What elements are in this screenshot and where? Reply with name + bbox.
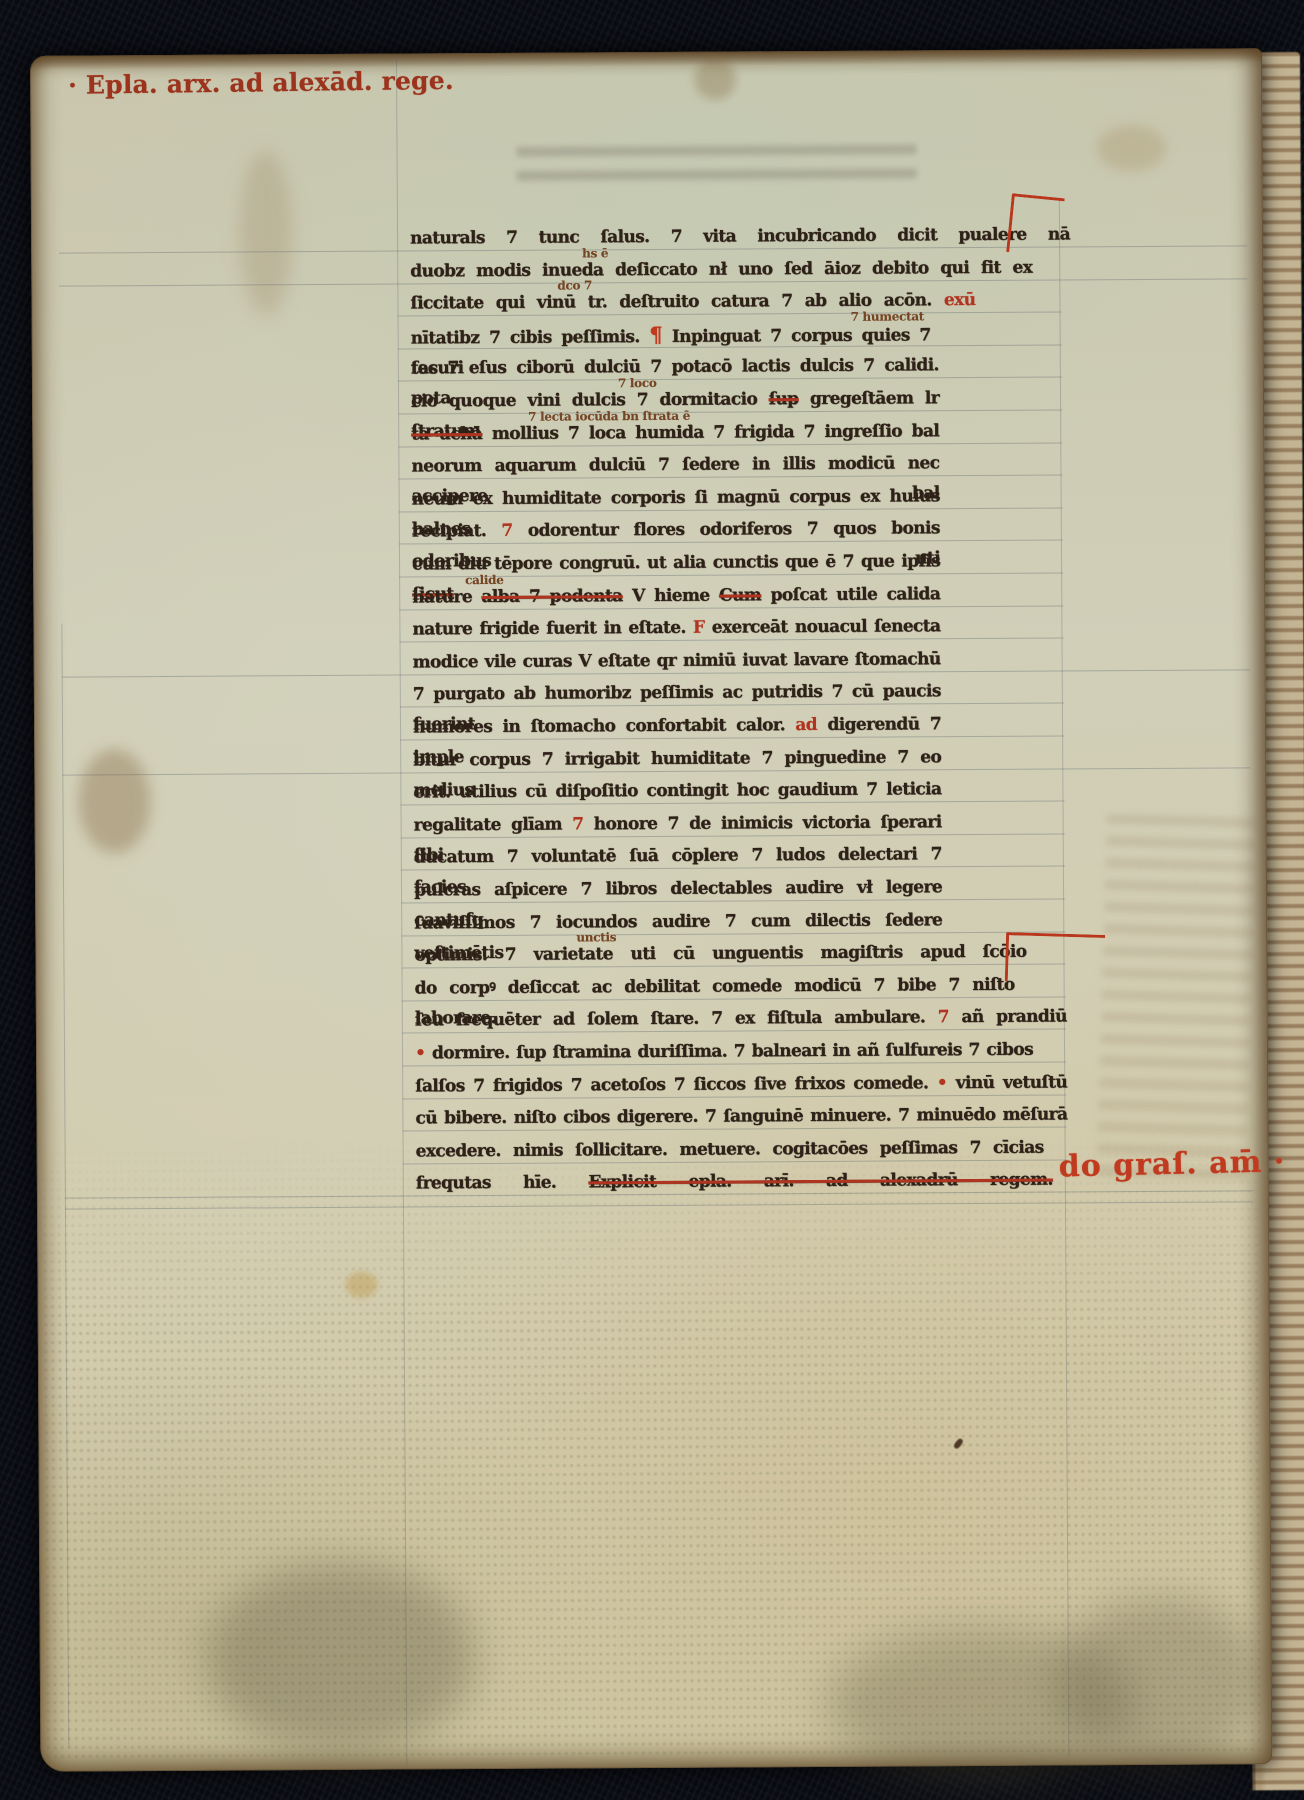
text-segment-paraph: ¶ xyxy=(649,322,662,347)
text-line: tas 7 eſus ciborū dulciū 7 potacō lactis… xyxy=(411,351,939,388)
text-segment: duobz modis inueda deſiccato nł uno ſed … xyxy=(410,257,1032,281)
text-segment-red: 7 xyxy=(938,1008,949,1028)
interlinear-gloss: calide xyxy=(465,572,504,586)
text-segment: frequtas hīe. xyxy=(416,1173,589,1194)
text-segment-red: • xyxy=(937,1073,947,1093)
text-segment: cum diu tēpore congruū. ut alia cunctis … xyxy=(412,551,940,574)
text-segment: dormire. ſup ſtramina duriſſima. 7 balne… xyxy=(425,1040,1033,1064)
text-segment-strike: Explicit epla. arī. ad alexadrū regem. xyxy=(588,1170,1052,1193)
main-text-block: naturals 7 tunc ſalus. 7 vita incubrican… xyxy=(0,0,1300,4)
text-segment-red: ad xyxy=(795,715,817,735)
manuscript-sheet: · Epla. arx. ad alexād. rege. naturals 7… xyxy=(0,0,1304,1800)
text-segment: modice vile curas V eſtate qr nimiū iuva… xyxy=(413,649,941,672)
text-line: duobz modis inueda deſiccato nł uno ſed … xyxy=(410,252,1032,290)
text-segment-strike: ta uchā xyxy=(411,424,482,444)
text-line: • dormire. ſup ſtramina duriſſima. 7 bal… xyxy=(415,1035,1033,1073)
text-line: 7 purgato ab humoribz peſſimis ac putrid… xyxy=(413,677,941,714)
interlinear-gloss: 7 humectat xyxy=(850,309,924,323)
red-bracket-mark-icon xyxy=(1005,932,1105,984)
text-line: do corpꝰ deſiccat ac debilitat comede mo… xyxy=(415,970,1015,1008)
text-segment-red: 7 xyxy=(572,814,583,834)
interlinear-gloss: 7 lecta iocūda bn ſtrata ē xyxy=(528,408,690,423)
text-line: optimis. 7 varietate uti cū unguentis ma… xyxy=(414,937,1026,975)
interlinear-gloss: dco 7 xyxy=(557,279,592,293)
interlinear-gloss: unctis xyxy=(576,930,616,944)
text-line: modice vile curas V eſtate qr nimiū iuva… xyxy=(413,644,941,681)
red-paraph-mark-icon xyxy=(1006,193,1065,257)
interlinear-gloss: 7 loco xyxy=(618,376,657,390)
text-line: neum ex humiditate corporis ſi magnū cor… xyxy=(412,481,940,518)
text-segment: nature xyxy=(412,587,481,607)
text-line: recipiat. 7 odorentur flores odoriferos … xyxy=(412,514,940,551)
text-segment: excedere. nimis ſollicitare. metuere. co… xyxy=(416,1137,1044,1161)
text-segment: cū bibere. niſto cibos digerere. 7 ſangu… xyxy=(415,1105,1067,1129)
text-segment: humores in ſtomacho confortabit calor. xyxy=(413,715,795,737)
text-segment-red: 7 xyxy=(501,521,512,541)
text-segment-red: exū xyxy=(944,290,976,310)
stain-amber-spot xyxy=(345,1272,377,1298)
text-segment: optimis. 7 varietate uti cū unguentis ma… xyxy=(414,942,982,965)
text-segment: nature frigide fuerit in eſtate. xyxy=(412,618,693,640)
text-segment: mollius 7 loca humida 7 frigida 7 ingreſ… xyxy=(482,421,939,444)
text-segment-red: • xyxy=(415,1043,425,1063)
text-line: bitur corpus 7 irrigabit humiditate 7 pi… xyxy=(413,742,941,779)
text-segment: poſcat utile calida xyxy=(761,584,940,605)
text-line: frequtas hīe. Explicit epla. arī. ad ale… xyxy=(416,1165,1053,1203)
interlinear-gloss: hs ē xyxy=(582,246,608,260)
vertical-ruling-margin xyxy=(61,624,69,1748)
text-segment: recipiat. xyxy=(412,521,502,542)
parchment-shadow-blob xyxy=(1055,1596,1266,1767)
ruling-lines xyxy=(0,0,1300,4)
page-content: · Epla. arx. ad alexād. rege. naturals 7… xyxy=(0,0,1304,1800)
stain-left-margin xyxy=(78,749,151,853)
stain-top-center xyxy=(694,57,736,99)
text-segment-strike: ſup xyxy=(769,389,799,409)
text-line: regalitate glīam 7 honore 7 de inimicis … xyxy=(414,807,942,844)
text-segment: naturals 7 tunc ſalus. 7 vita incubrican… xyxy=(410,224,1070,248)
text-segment: vinū vetuſtū xyxy=(947,1072,1067,1093)
text-segment: ſeu frequēter ad ſolem ſtare. 7 ex fiſtu… xyxy=(415,1008,938,1031)
text-segment: añ prandiū xyxy=(949,1007,1067,1028)
stain-top-streak xyxy=(240,150,293,315)
photo-background: · Epla. arx. ad alexād. rege. naturals 7… xyxy=(0,0,1304,1800)
text-line: pulcras aſpicere 7 libros delectables au… xyxy=(414,872,942,909)
bleedthrough-ghost-top xyxy=(516,144,916,194)
text-line: excedere. nimis ſollicitare. metuere. co… xyxy=(416,1132,1044,1170)
text-segment-red: F xyxy=(693,618,705,638)
stain-top-right xyxy=(1096,125,1166,171)
text-line: ducatum 7 voluntatē ſuā cōplere 7 ludos … xyxy=(414,840,942,877)
ink-fleck xyxy=(953,1437,964,1449)
text-line: neorum aquarum dulciū 7 ſedere in illis … xyxy=(411,448,939,485)
text-line: ſuaviſſimos 7 iocundos audire 7 cum dile… xyxy=(414,905,942,942)
horizontal-ruling-bottom xyxy=(65,1201,1253,1209)
text-line: nature frigide fuerit in eſtate. F exerc… xyxy=(412,611,940,648)
text-segment: V hieme xyxy=(623,585,720,606)
rubric-title: · Epla. arx. ad alexād. rege. xyxy=(68,66,454,100)
text-segment-strike: Cum xyxy=(719,585,761,605)
text-segment-strike: alba 7 podenta xyxy=(481,586,622,607)
text-segment: nītatibz 7 cibis peſſimis. xyxy=(411,327,650,348)
text-segment: ſalſos 7 frigidos 7 acetoſos 7 ſiccos ſi… xyxy=(415,1073,937,1096)
text-segment: exerceāt nouacul ſenecta xyxy=(704,616,940,637)
text-segment: regalitate glīam xyxy=(414,814,573,835)
text-line: nītatibz 7 cibis peſſimis. ¶ Inpinguat 7… xyxy=(411,318,931,355)
bleedthrough-ghost-margin xyxy=(1097,815,1257,1179)
deo-gratias-colophon: do graſ. am̄ · xyxy=(1058,1144,1285,1184)
parchment-shadow-blob xyxy=(205,1561,476,1753)
text-line: erit. utilius cū diſpoſitio contingit ho… xyxy=(413,774,941,811)
text-segment: erit. utilius cū diſpoſitio contingit ho… xyxy=(413,779,941,802)
text-line: humores in ſtomacho confortabit calor. a… xyxy=(413,709,941,746)
